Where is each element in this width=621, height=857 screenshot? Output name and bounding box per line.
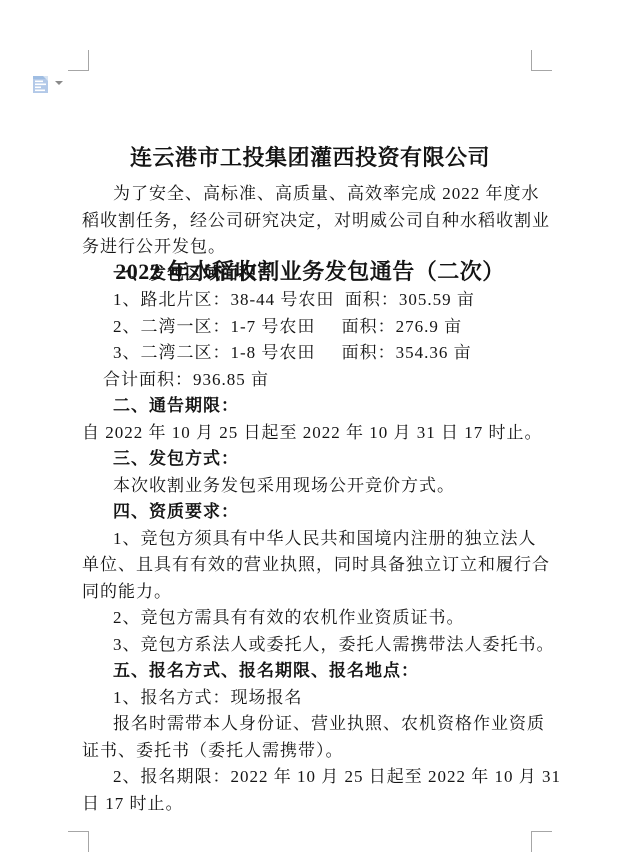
document-text-line: 3、竞包方系法人或委托人，委托人需携带法人委托书。	[82, 632, 552, 659]
document-text-line: 务进行公开发包。	[82, 234, 552, 261]
chevron-down-icon	[55, 81, 63, 85]
document-text-line: 单位、且具有有效的营业执照，同时具备独立订立和履行合	[82, 552, 552, 579]
document-text-line: 自 2022 年 10 月 25 日起至 2022 年 10 月 31 日 17…	[82, 420, 552, 447]
document-text-line: 2、竞包方需具有有效的农机作业资质证书。	[82, 605, 552, 632]
document-text-line: 二、通告期限：	[82, 393, 552, 420]
document-text-line: 1、报名方式：现场报名	[82, 685, 552, 712]
document-page: { "document": { "title_lines": [ "连云港市工投…	[0, 0, 621, 857]
document-body: 为了安全、高标准、高质量、高效率完成 2022 年度水稻收割任务，经公司研究决定…	[82, 181, 552, 817]
document-title-line-1: 连云港市工投集团灌西投资有限公司	[82, 139, 538, 177]
paste-options-button[interactable]	[32, 75, 63, 94]
document-text-line: 报名时需带本人身份证、营业执照、农机资格作业资质	[82, 711, 552, 738]
document-text-line: 稻收割任务，经公司研究决定，对明威公司自种水稻收割业	[82, 208, 552, 235]
document-text-line: 五、报名方式、报名期限、报名地点：	[82, 658, 552, 685]
document-text-line: 本次收割业务发包采用现场公开竞价方式。	[82, 473, 552, 500]
document-text-line: 合计面积：936.85 亩	[82, 367, 552, 394]
document-text-line: 2、二湾一区：1-7 号农田 面积：276.9 亩	[82, 314, 552, 341]
document-text-line: 四、资质要求：	[82, 499, 552, 526]
document-text-line: 1、路北片区：38-44 号农田 面积：305.59 亩	[82, 287, 552, 314]
document-text-line: 2、报名期限：2022 年 10 月 25 日起至 2022 年 10 月 31	[82, 764, 552, 791]
document-text-line: 证书、委托书（委托人需携带）。	[82, 738, 552, 765]
margin-crop-mark-bottom-right	[531, 831, 552, 852]
document-text-line: 为了安全、高标准、高质量、高效率完成 2022 年度水	[82, 181, 552, 208]
paste-options-document-icon	[32, 75, 49, 94]
document-text-line: 1、竞包方须具有中华人民共和国境内注册的独立法人	[82, 526, 552, 553]
document-text-line: 三、发包方式：	[82, 446, 552, 473]
document-text-line: 一、发包区域面积：	[82, 261, 552, 288]
document-text-line: 同的能力。	[82, 579, 552, 606]
document-text-line: 日 17 时止。	[82, 791, 552, 818]
document-text-line: 3、二湾二区：1-8 号农田 面积：354.36 亩	[82, 340, 552, 367]
margin-crop-mark-bottom-left	[68, 831, 89, 852]
